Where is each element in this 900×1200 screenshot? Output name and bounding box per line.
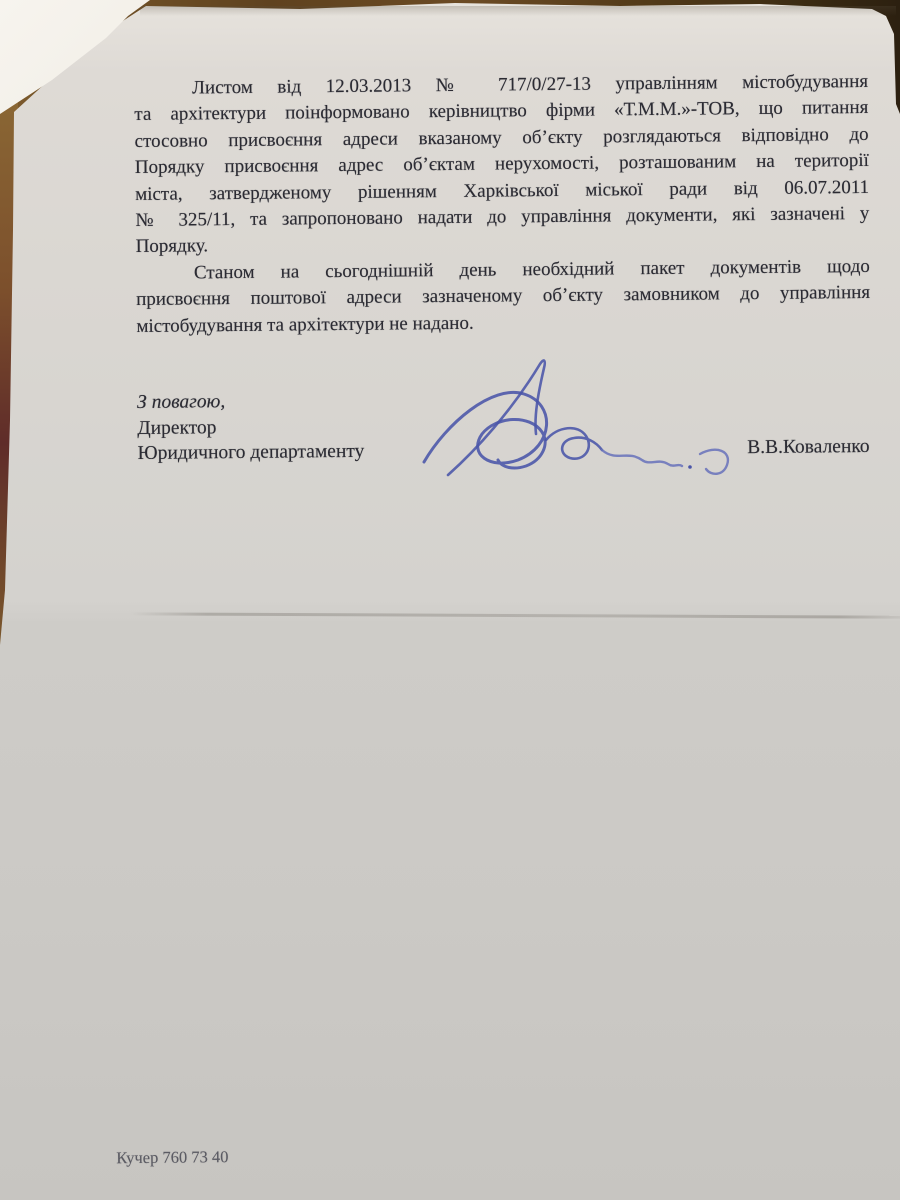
signature-stroke bbox=[602, 450, 682, 466]
signature-stroke bbox=[424, 392, 547, 468]
page-top-edge-shadow bbox=[140, 6, 896, 16]
paragraph-1: Листом від 12.03.2013 № 717/0/27-13 упра… bbox=[134, 69, 870, 261]
signature-stroke bbox=[546, 428, 602, 459]
signature-stroke bbox=[700, 450, 728, 474]
signer-name: В.В.Коваленко bbox=[747, 434, 870, 461]
paragraph-2: Станом на сьогоднішній день необхідний п… bbox=[136, 254, 871, 340]
signature-dot bbox=[688, 465, 692, 469]
letter-photo: Листом від 12.03.2013 № 717/0/27-13 упра… bbox=[0, 0, 900, 1200]
handwritten-signature bbox=[406, 350, 746, 490]
footer-contact: Кучер 760 73 40 bbox=[116, 1147, 228, 1168]
